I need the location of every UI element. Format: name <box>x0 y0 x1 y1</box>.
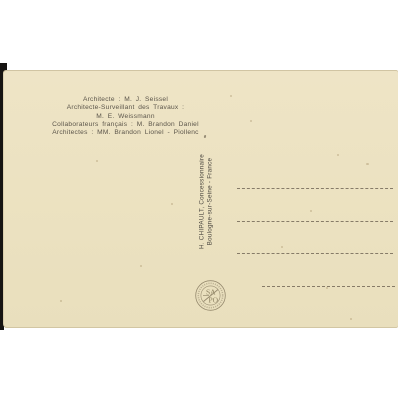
paper-speck <box>281 246 283 248</box>
address-line <box>237 253 393 254</box>
paper-speck <box>337 154 339 156</box>
paper-speck <box>250 120 252 122</box>
paper-speck <box>96 160 98 162</box>
paper-speck <box>366 163 369 165</box>
address-line <box>262 286 395 287</box>
credit-line-weissmann: M. E. Weissmann <box>33 113 218 121</box>
paper-speck <box>350 318 352 320</box>
paper-speck <box>326 287 328 289</box>
scanned-postcard-page: Architecte : M. J. Seissel Architecte-Su… <box>0 0 400 400</box>
paper-speck <box>310 210 312 212</box>
seal-icon: SA PO <box>194 279 227 312</box>
paper-speck <box>60 300 62 302</box>
credits-block: Architecte : M. J. Seissel Architecte-Su… <box>33 96 218 137</box>
credit-line-collaborateurs: Collaborateurs français : M. Brandon Dan… <box>33 121 218 129</box>
publisher-location: Boulogne-sur-Seine - France <box>207 146 215 258</box>
seal-monogram-bottom: PO <box>209 296 219 305</box>
publisher-vertical-text: H. CHIPAULT, Concessionnaire Boulogne-su… <box>199 146 216 258</box>
paper-speck <box>171 203 173 205</box>
address-line <box>237 188 393 189</box>
credit-line-architecte: Architecte : M. J. Seissel <box>33 96 218 104</box>
paper-speck <box>140 265 142 267</box>
paper-speck <box>230 95 232 97</box>
credit-line-surveillant: Architecte-Surveillant des Travaux : <box>33 104 218 112</box>
credit-line-architectes: Architectes : MM. Brandon Lionel - Pioll… <box>33 129 218 137</box>
publisher-name: H. CHIPAULT, Concessionnaire <box>199 146 207 258</box>
address-line <box>237 221 393 222</box>
